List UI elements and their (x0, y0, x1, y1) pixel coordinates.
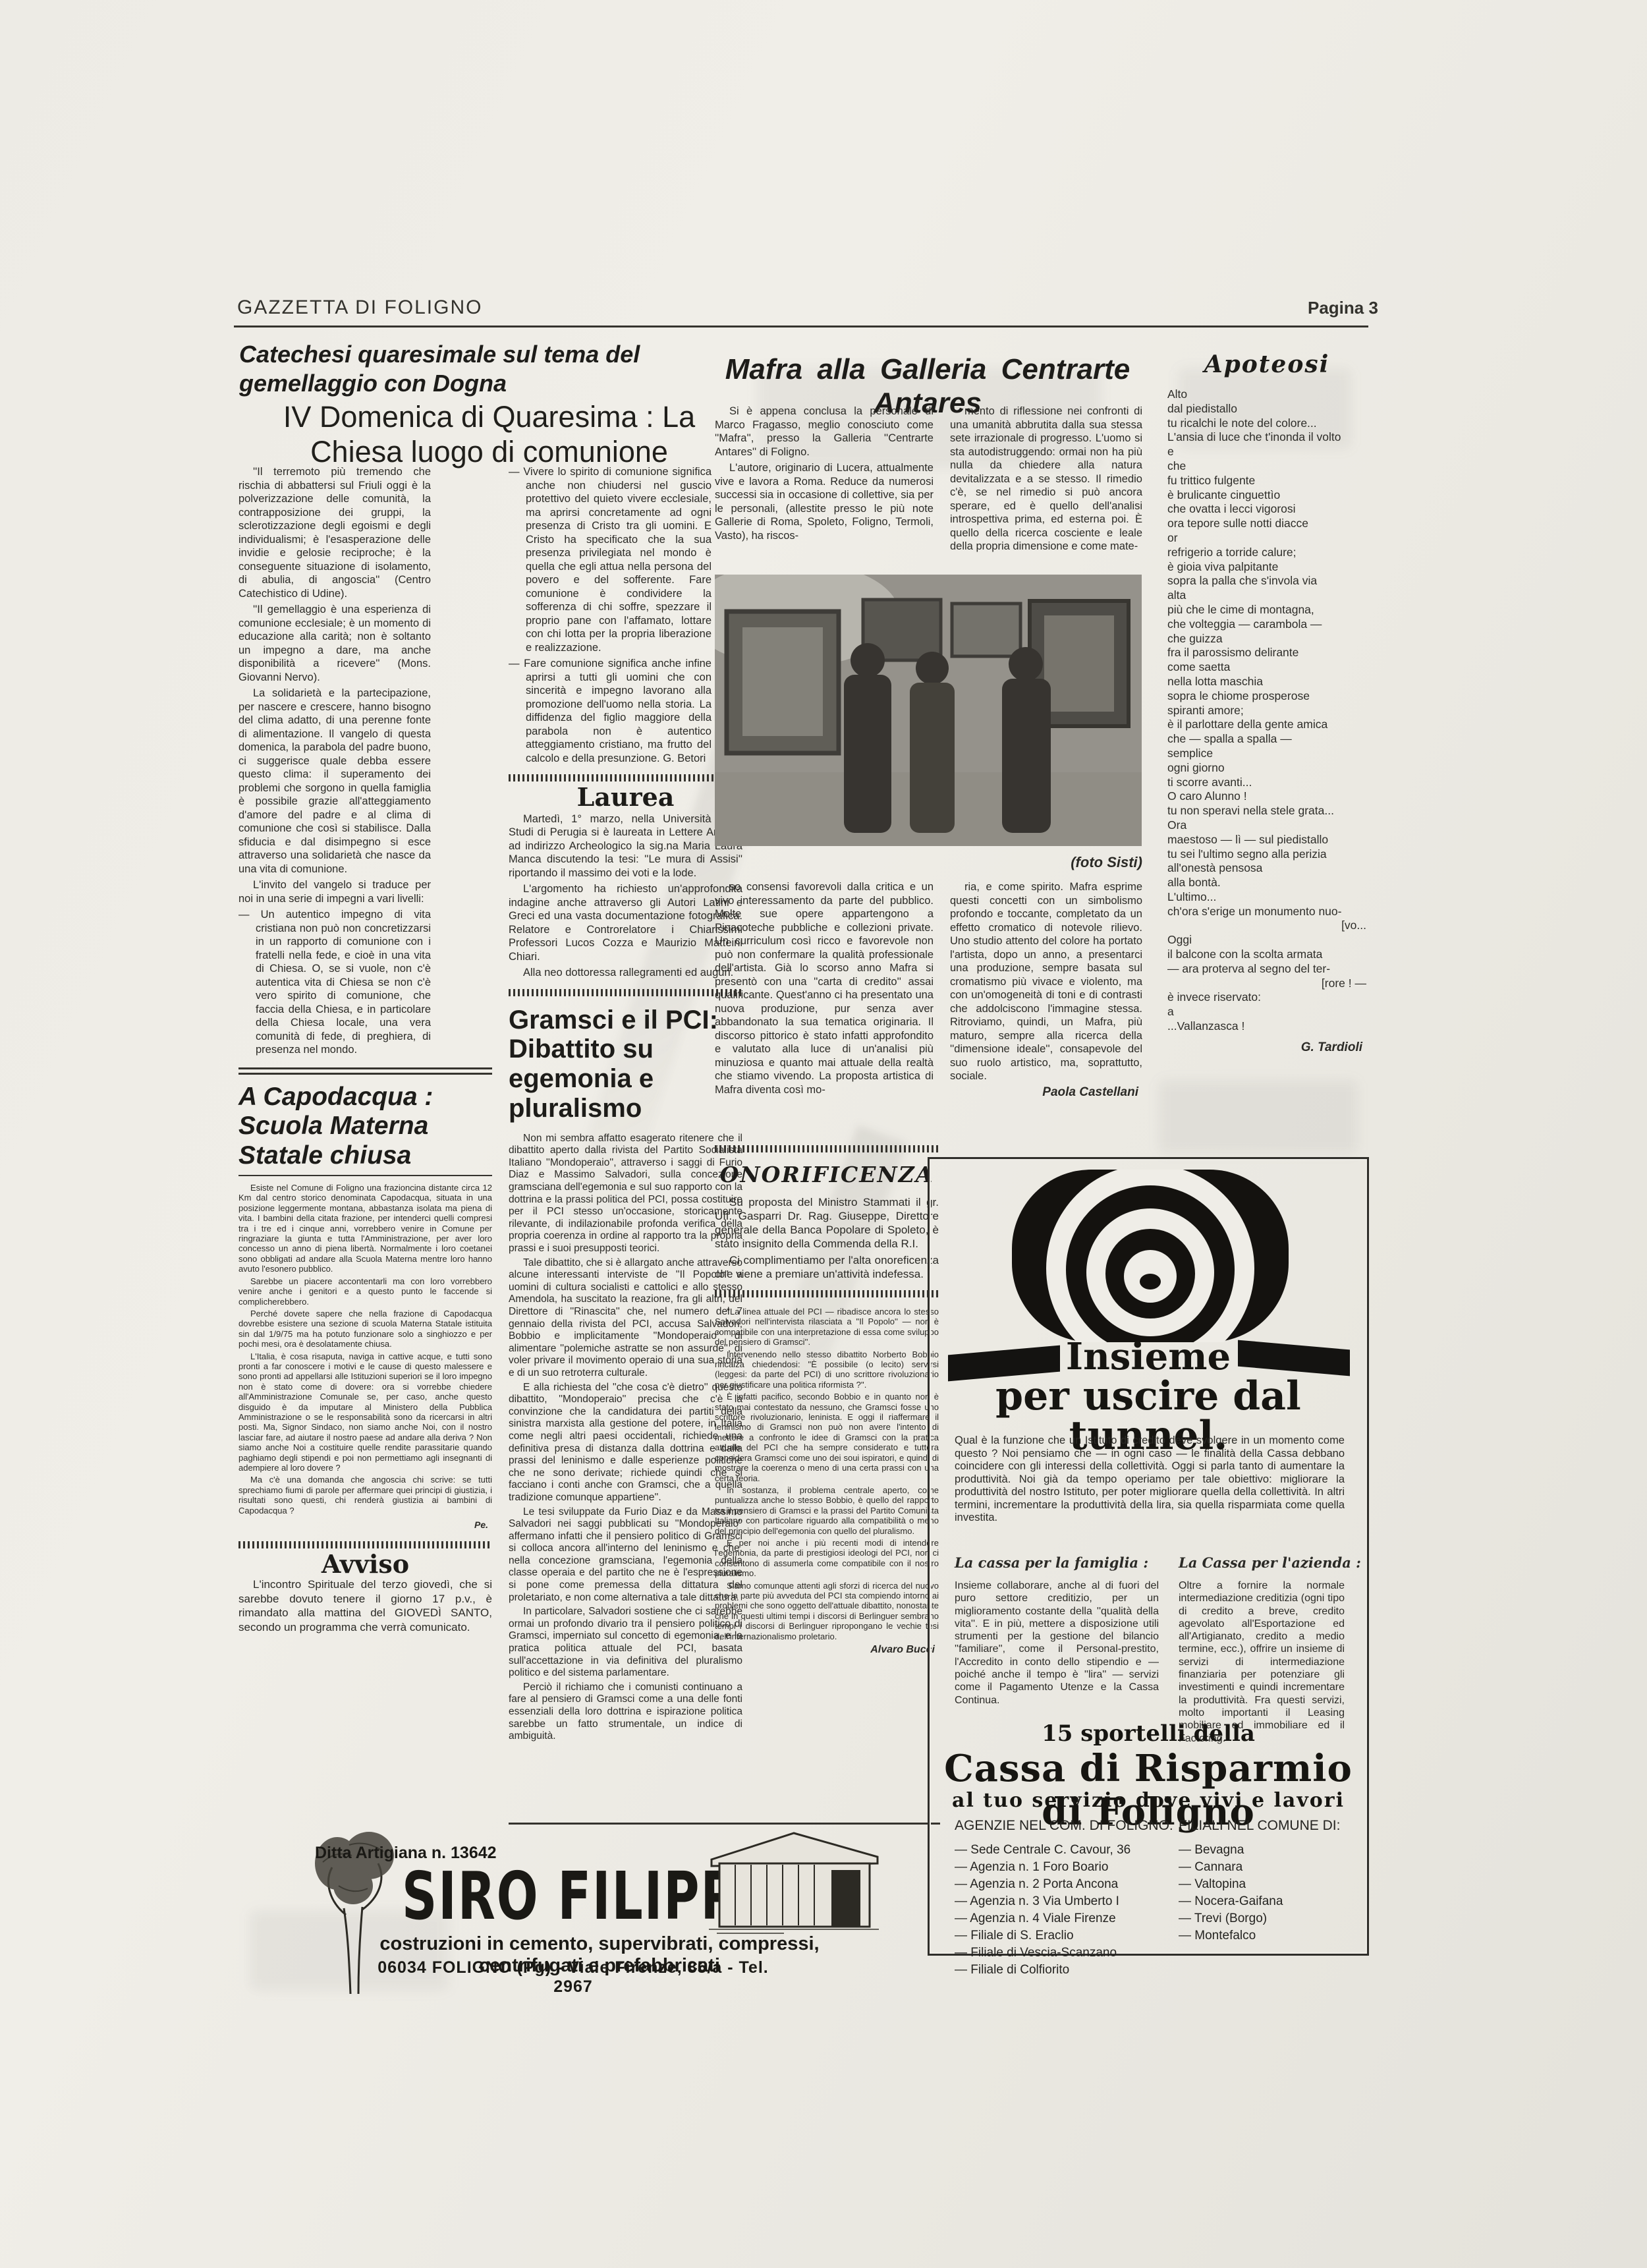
paragraph: dal piedistallo (1167, 402, 1366, 416)
paragraph: ''La linea attuale del PCI — ribadisce a… (715, 1307, 939, 1347)
paragraph: L'ultimo... (1167, 890, 1366, 905)
paragraph: il balcone con la scolta armata (1167, 948, 1366, 962)
section-divider (715, 1290, 939, 1297)
paragraph: — Agenzia n. 1 Foro Boario (955, 1859, 1172, 1875)
paragraph: Ma c'è una domanda che angoscia chi scri… (238, 1475, 492, 1516)
shed-illustration (705, 1829, 883, 1935)
gallery-photo (715, 575, 1142, 846)
column-c: ONORIFICENZA Su proposta del Ministro St… (715, 1136, 939, 1656)
paragraph: che volteggia — carambola — (1167, 617, 1366, 632)
paragraph: O caro Alunno ! (1167, 789, 1366, 804)
siro-ad: Ditta Artigiana n. 13642 SIRO FILIPPUCCI… (310, 1829, 889, 2000)
paragraph: come saetta (1167, 660, 1366, 675)
paragraph: Su proposta del Ministro Stammati il gr.… (715, 1195, 939, 1251)
capodacqua-body: Esiste nel Comune di Foligno una frazion… (238, 1183, 492, 1516)
paragraph: fu trittico fulgente (1167, 474, 1366, 488)
paragraph: E per noi anche i più recenti modi di in… (715, 1538, 939, 1579)
paragraph: — Sede Centrale C. Cavour, 36 (955, 1842, 1172, 1858)
apoteosi-title: Apoteosi (1167, 351, 1366, 378)
paragraph: è invece riservato: (1167, 990, 1366, 1005)
catechesi-col1: ''Il terremoto più tremendo che rischia … (238, 465, 431, 1057)
paragraph: fra il parossismo delirante (1167, 646, 1366, 660)
paragraph: più che le cime di montagna, (1167, 603, 1366, 617)
headline-rule (238, 1175, 492, 1176)
paragraph: Si è appena conclusa la personale di Mar… (715, 405, 934, 459)
header-rule (234, 326, 1368, 327)
ad-famiglia-text: Insieme collaborare, anche al di fuori d… (955, 1579, 1159, 1707)
paragraph: alla bontà. (1167, 876, 1366, 890)
paragraph: alta (1167, 588, 1366, 603)
paragraph: — Filiale di Colfiorito (955, 1962, 1172, 1978)
paragraph: ch'ora s'erige un monumento nuo- (1167, 905, 1366, 919)
laurea-title: Laurea (509, 791, 742, 805)
mafra-col2-bottom-text: ria, e come spirito. Mafra esprime quest… (950, 880, 1142, 1083)
paragraph: [vo... (1167, 919, 1366, 933)
ad-azienda-title: La Cassa per l'azienda : (1179, 1554, 1361, 1571)
paragraph: spiranti amore; (1167, 704, 1366, 718)
paragraph: — Cannara (1179, 1859, 1350, 1875)
paragraph: all'onestà pensosa (1167, 861, 1366, 876)
laurea-body: Martedì, 1° marzo, nella Università degl… (509, 812, 742, 980)
paragraph: — Valtopina (1179, 1876, 1350, 1892)
page-number: Pagina 3 (1308, 298, 1378, 318)
ad-sportelli: 15 sportelli della (930, 1720, 1367, 1747)
onorificenza-body: Su proposta del Ministro Stammati il gr.… (715, 1195, 939, 1281)
section-divider (509, 989, 742, 996)
paragraph: Alto (1167, 387, 1366, 402)
ad-filiali-title: FILIALI NEL COMUNE DI: (1179, 1818, 1340, 1834)
gramsci-byline: Alvaro Bucci (715, 1644, 935, 1656)
paragraph: mento di riflessione nei confronti di un… (950, 405, 1142, 553)
paragraph: Intervenendo nello stesso dibattito Norb… (715, 1349, 939, 1390)
paragraph: nella lotta maschia (1167, 675, 1366, 689)
paragraph: L'invito del vangelo si traduce per noi … (238, 878, 431, 905)
paragraph: tu sei l'ultimo segno alla perizia (1167, 847, 1366, 862)
paragraph: semplice (1167, 747, 1366, 761)
mafra-col2-top: mento di riflessione nei confronti di un… (950, 405, 1142, 556)
masthead: GAZZETTA DI FOLIGNO (237, 297, 482, 319)
paragraph: a (1167, 1005, 1366, 1019)
paragraph: ti scorre avanti... (1167, 776, 1366, 790)
paragraph: — Fare comunione significa anche infine … (509, 657, 712, 765)
paragraph: Ora (1167, 818, 1366, 833)
paragraph: sopra la palla che s'invola via (1167, 574, 1366, 588)
section-divider (238, 1541, 492, 1548)
paragraph: Perché dovete sapere che nella frazione … (238, 1309, 492, 1349)
ad-tagline: al tuo servizio dove vivi e lavori (930, 1789, 1367, 1812)
paragraph: — ara proterva al segno del ter- (1167, 962, 1366, 977)
paragraph: — Filiale di S. Eraclio (955, 1927, 1172, 1944)
mafra-byline: Paola Castellani (950, 1086, 1138, 1100)
paragraph: e (1167, 445, 1366, 459)
paragraph: Oggi (1167, 933, 1366, 948)
paragraph: — Agenzia n. 2 Porta Ancona (955, 1876, 1172, 1892)
paragraph: Alla neo dottoressa rallegramenti ed aug… (509, 966, 742, 980)
paragraph: refrigerio a torride calure; (1167, 546, 1366, 560)
avviso-body: L'incontro Spirituale del terzo giovedì,… (238, 1577, 492, 1634)
paragraph: — Agenzia n. 4 Viale Firenze (955, 1910, 1172, 1927)
paragraph: L'incontro Spirituale del terzo giovedì,… (238, 1577, 492, 1634)
paragraph: che ovatta i lecci vigorosi (1167, 502, 1366, 517)
ad-agenzie-list: — Sede Centrale C. Cavour, 36— Agenzia n… (955, 1842, 1172, 1979)
paragraph: — Agenzia n. 3 Via Umberto I (955, 1893, 1172, 1910)
paragraph: [rore ! — (1167, 977, 1366, 991)
paragraph: Tale dibattito, che si è allargato anche… (509, 1257, 742, 1380)
paragraph: ...Vallanzasca ! (1167, 1019, 1366, 1034)
apoteosi-byline: G. Tardioli (1167, 1040, 1362, 1055)
ad-filiali-list: — Bevagna— Cannara— Valtopina— Nocera-Ga… (1179, 1842, 1350, 1944)
paragraph: L'ansia di luce che t'inonda il volto (1167, 430, 1366, 445)
apoteosi-poem: Altodal piedistallotu ricalchi le note d… (1167, 387, 1366, 1034)
paragraph: L'autore, originario di Lucera, attualme… (715, 461, 934, 542)
ghost-bleedthrough (1159, 1081, 1357, 1153)
gramsci-col2: ''La linea attuale del PCI — ribadisce a… (715, 1307, 939, 1641)
paragraph: — Nocera-Gaifana (1179, 1893, 1350, 1910)
capodacqua-byline: Pe. (238, 1518, 488, 1532)
paragraph: è il parlottare della gente amica (1167, 718, 1366, 732)
mafra-col2-bottom: ria, e come spirito. Mafra esprime quest… (950, 880, 1142, 1099)
column-b: — Vivere lo spirito di comunione signifi… (509, 465, 742, 1745)
paragraph: che (1167, 459, 1366, 474)
paragraph: E alla richiesta del ''che cosa c'è diet… (509, 1382, 742, 1504)
paragraph: tu non speravi nella stele grata... (1167, 804, 1366, 818)
capodacqua-headline: A Capodacqua : Scuola Materna Statale ch… (238, 1083, 492, 1172)
paragraph: sopra le chiome prosperose (1167, 689, 1366, 704)
tunnel-graphic (992, 1170, 1308, 1342)
paragraph: L'Italia, è cosa risaputa, naviga in cat… (238, 1351, 492, 1473)
column-a: ''Il terremoto più tremendo che rischia … (238, 465, 492, 1637)
ad-intro: Qual è la funzione che un Istituto di cr… (955, 1434, 1345, 1525)
paragraph: or (1167, 531, 1366, 546)
paragraph: In particolare, Salvadori sostiene che c… (509, 1606, 742, 1680)
siro-address: 06034 FOLIGNO (Pg) - Viale Firenze, 85/a… (362, 1958, 784, 1997)
paragraph: — Montefalco (1179, 1927, 1350, 1944)
paragraph: Le tesi sviluppate da Furio Diaz e da Ma… (509, 1506, 742, 1604)
paragraph: ''Il gemellaggio è una esperienza di com… (238, 603, 431, 684)
paragraph: — Un autentico impegno di vita cristiana… (238, 908, 431, 1057)
ad-agenzie-title: AGENZIE NEL COM. DI FOLIGNO: (955, 1818, 1173, 1834)
paragraph: Martedì, 1° marzo, nella Università degl… (509, 812, 742, 880)
paragraph: Non mi sembra affatto esagerato ritenere… (509, 1133, 742, 1255)
section-divider (715, 1145, 939, 1152)
avviso-title: Avviso (238, 1558, 492, 1572)
mafra-col1-bottom: so consensi favorevoli dalla critica e u… (715, 880, 934, 1099)
gramsci-col1: Non mi sembra affatto esagerato ritenere… (509, 1133, 742, 1743)
catechesi-kicker: Catechesi quaresimale sul tema del gemel… (239, 340, 648, 398)
paragraph: L'argomento ha richiesto un'approfondita… (509, 882, 742, 963)
section-divider (238, 1067, 492, 1075)
paragraph: tu ricalchi le note del colore... (1167, 416, 1366, 431)
paragraph: — Vivere lo spirito di comunione signifi… (509, 465, 712, 654)
ad-famiglia-title: La cassa per la famiglia : (955, 1554, 1148, 1571)
bottom-rule (509, 1823, 940, 1825)
paragraph: — Trevi (Borgo) (1179, 1910, 1350, 1927)
paragraph: La solidarietà e la partecipazione, per … (238, 687, 431, 876)
paragraph: che — spalla a spalla — (1167, 732, 1366, 747)
bank-ad: Insieme per uscire dal tunnel. Qual è la… (928, 1157, 1369, 1956)
onorificenza-title: ONORIFICENZA (715, 1162, 939, 1187)
catechesi-headline: IV Domenica di Quaresima : La Chiesa luo… (237, 399, 741, 469)
paragraph: Ci complimentiamo per l'alta onoreficenz… (715, 1253, 939, 1281)
gramsci-headline: Gramsci e il PCI: Dibattito su egemonia … (509, 1006, 742, 1123)
paragraph: che guizza (1167, 632, 1366, 646)
mafra-col1-top: Si è appena conclusa la personale di Mar… (715, 405, 934, 545)
paragraph: è brulicante cinguettìo (1167, 488, 1366, 503)
photo-caption: (foto Sisti) (955, 854, 1142, 871)
paragraph: — Bevagna (1179, 1842, 1350, 1858)
paragraph: Esiste nel Comune di Foligno una frazion… (238, 1183, 492, 1274)
paragraph: — Filiale di Vescia-Scanzano (955, 1944, 1172, 1961)
section-divider (509, 774, 742, 781)
paragraph: ''Il terremoto più tremendo che rischia … (238, 465, 431, 600)
apoteosi-column: Apoteosi Altodal piedistallotu ricalchi … (1167, 351, 1366, 1055)
paragraph: maestoso — lì — sul piedistallo (1167, 833, 1366, 847)
paragraph: ria, e come spirito. Mafra esprime quest… (950, 880, 1142, 1083)
ad-headline-1: Insieme (930, 1338, 1367, 1375)
paragraph: Siamo comunque attenti agli sforzi di ri… (715, 1581, 939, 1641)
paragraph: ogni giorno (1167, 761, 1366, 776)
paragraph: Perciò il richiamo che i comunisti conti… (509, 1682, 742, 1743)
paragraph: Sarebbe un piacere accontentarli ma con … (238, 1276, 492, 1307)
paragraph: È infatti pacifico, secondo Bobbio e in … (715, 1392, 939, 1483)
catechesi-col2: — Vivere lo spirito di comunione signifi… (509, 465, 712, 765)
paragraph: so consensi favorevoli dalla critica e u… (715, 880, 934, 1096)
paragraph: ora tepore sulle notti diacce (1167, 517, 1366, 531)
paragraph: In sostanza, il problema centrale aperto… (715, 1485, 939, 1536)
paragraph: è gioia viva palpitante (1167, 560, 1366, 575)
